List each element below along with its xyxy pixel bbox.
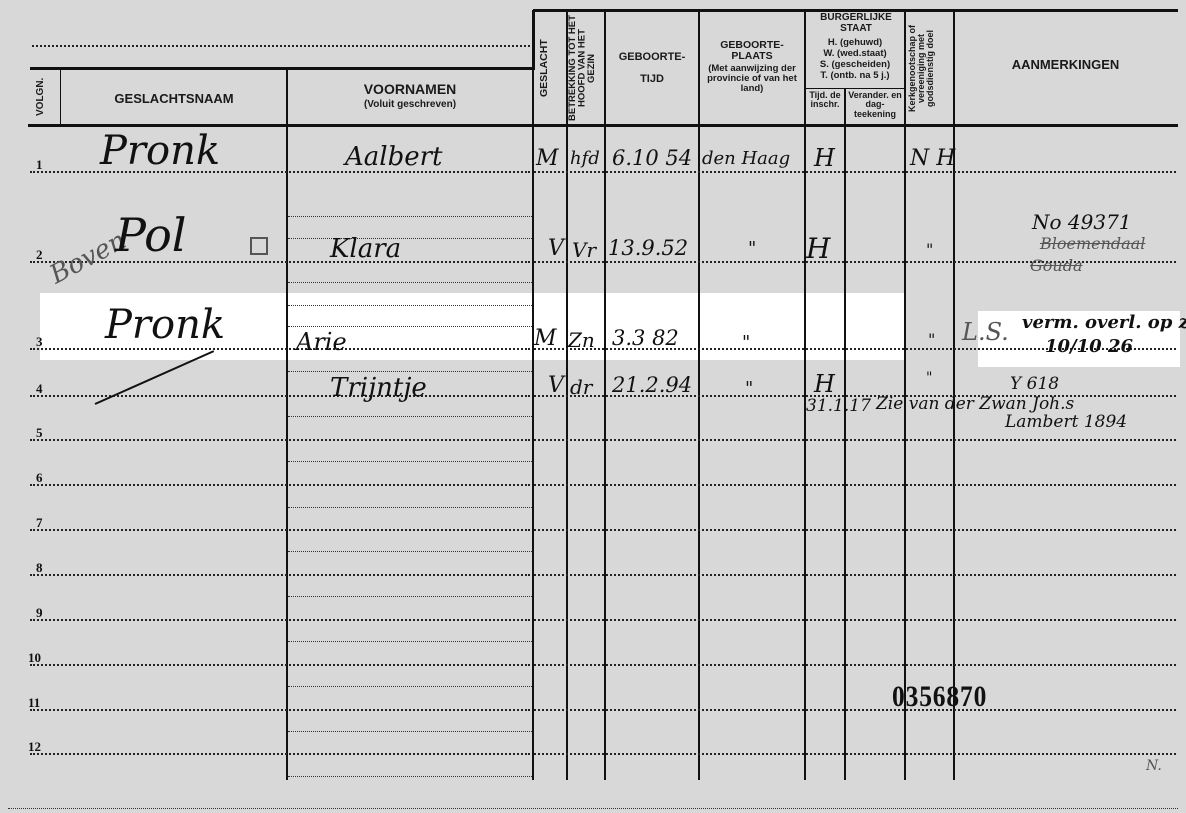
voornamen-subrule — [288, 507, 532, 508]
row-rule-left — [30, 439, 530, 441]
voornamen-subrule — [288, 461, 532, 462]
header-burgerlijke-staat: BURGERLIJKE STAAT — [808, 13, 904, 34]
voornamen-subrule — [288, 731, 532, 732]
header-voornamen: VOORNAMEN — [288, 82, 532, 97]
row-2-betrekking: Vr — [572, 238, 596, 262]
header-bs-tijd: Tijd. de inschr. — [806, 91, 844, 110]
row-1-kerkgenootschap: N H — [910, 146, 955, 171]
row-rule-right — [534, 709, 1176, 711]
col-border-geslachtsnaam — [286, 68, 288, 780]
row-1-geboortetijd: 6.10 54 — [612, 146, 692, 170]
row-2-geslacht: V — [548, 236, 564, 261]
row-3-stamp: L.S. — [962, 318, 1009, 346]
row-3-aanmerkingen-date: 10/10 26 — [1045, 336, 1133, 357]
corner-mark: N. — [1146, 758, 1162, 774]
header-bs-w: W. (wed.staat) — [806, 49, 904, 59]
row-rule-left — [30, 619, 530, 621]
row-2-geboortetijd: 13.9.52 — [608, 236, 688, 260]
row-rule-right — [534, 484, 1176, 486]
voornamen-subrule — [288, 776, 532, 777]
card-bottom-edge — [8, 808, 1178, 809]
col-border-volgn — [60, 68, 61, 126]
header-geboortetijd-2: TIJD — [606, 74, 698, 86]
bs-sub-rule — [805, 88, 905, 89]
family-registration-card: VOLGN. GESLACHTSNAAM VOORNAMEN (Voluit g… — [0, 0, 1186, 813]
voornamen-subrule — [288, 641, 532, 642]
row-2-kerkgenootschap: " — [926, 240, 933, 259]
row-rule-left — [30, 709, 530, 711]
row-1-voornamen: Aalbert — [345, 142, 443, 172]
row-rule-left — [30, 574, 530, 576]
voornamen-subrule — [288, 371, 532, 372]
row-rule-right — [534, 574, 1176, 576]
header-bs-s: S. (gescheiden) — [806, 60, 904, 70]
row-2-voornamen: Klara — [330, 234, 401, 264]
row-3-kerkgenootschap: " — [928, 330, 935, 349]
row-4-geslacht: V — [548, 373, 564, 398]
row-4-aanmerkingen-ref: Y 618 — [1010, 374, 1059, 394]
row-rule-left — [30, 395, 530, 397]
row-4-aanmerkingen: Zie van der Zwan Joh.s — [876, 394, 1074, 414]
row-3-aanmerkingen: verm. overl. op zee — [1022, 312, 1186, 333]
row-rule-left — [30, 529, 530, 531]
row-1-betrekking: hfd — [570, 148, 600, 169]
row-4-betrekking: dr — [570, 375, 592, 399]
row-2-geslachtsnaam: Pol — [115, 208, 187, 262]
header-geslacht: GESLACHT — [539, 18, 561, 118]
row-3-betrekking: Zn — [568, 328, 595, 352]
row-rule-right — [534, 619, 1176, 621]
row-3-geslachtsnaam: Pronk — [105, 302, 225, 348]
row-3-geboorteplaats: " — [742, 332, 750, 353]
row-rule-left — [30, 484, 530, 486]
row-rule-right — [534, 529, 1176, 531]
row-2-aanmerkingen-struck-1: Bloemendaal — [1040, 234, 1145, 253]
header-top-left-rule — [30, 67, 535, 70]
header-geboortetijd-1: GEBOORTE- — [606, 52, 698, 64]
header-geboorteplaats-sub: (Met aanwijzing der provincie of van het… — [706, 64, 798, 94]
row-4-geboorteplaats: " — [745, 378, 753, 399]
row-2-geboorteplaats: " — [748, 238, 756, 259]
row-1-geslachtsnaam: Pronk — [100, 128, 220, 174]
row-rule-left — [30, 753, 530, 755]
stamp-square-icon — [250, 237, 268, 255]
row-1-burgerlijke-staat: H — [814, 144, 835, 172]
row-rule-right — [534, 439, 1176, 441]
voornamen-subrule — [288, 326, 532, 327]
voornamen-subrule — [288, 596, 532, 597]
row-rule-right — [534, 171, 1176, 173]
header-aanmerkingen: AANMERKINGEN — [955, 58, 1176, 72]
row-4-burgerlijke-staat: H — [814, 370, 835, 398]
row-2-burgerlijke-staat: H — [806, 232, 830, 265]
header-volgn: VOLGN. — [36, 72, 54, 122]
header-geslachtsnaam: GESLACHTSNAAM — [62, 92, 286, 106]
row-4-aanmerkingen-name: Lambert 1894 — [1005, 412, 1127, 432]
row-3-geboortetijd: 3.3 82 — [612, 326, 679, 350]
row-1-geslacht: M — [536, 146, 559, 171]
top-dotted-line — [32, 45, 530, 47]
row-rule-right — [534, 664, 1176, 666]
header-geboorteplaats-2: PLAATS — [700, 51, 804, 62]
header-bs-verander: Verander. en dag- teekening — [846, 91, 904, 119]
row-3-voornamen: Arie — [296, 328, 347, 356]
voornamen-subrule — [288, 282, 532, 283]
header-bs-t: T. (ontb. na 5 j.) — [806, 71, 904, 81]
voornamen-subrule — [288, 686, 532, 687]
header-bs-h: H. (gehuwd) — [806, 38, 904, 48]
voornamen-subrule — [288, 216, 532, 217]
row-2-aanmerkingen-struck-2: Gouda — [1030, 256, 1083, 275]
row-rule-left — [30, 348, 530, 350]
col-border-tijd — [844, 88, 846, 780]
card-number: 0356870 — [892, 680, 987, 714]
voornamen-subrule — [288, 238, 532, 239]
row-4-kerkgenootschap: " — [926, 370, 932, 386]
row-4-geboortetijd: 21.2.94 — [612, 373, 692, 397]
row-1-geboorteplaats: den Haag — [702, 148, 790, 169]
row-4-verander: 31.1.17 — [806, 396, 871, 416]
voornamen-subrule — [288, 305, 532, 306]
header-bottom-rule — [28, 124, 1178, 127]
header-kerkgenootschap: Kerkgenootschap of vereeniging met godsd… — [908, 14, 952, 122]
row-3-geslacht: M — [534, 326, 557, 351]
row-4-voornamen: Trijntje — [330, 373, 427, 403]
row-rule-right — [534, 753, 1176, 755]
row-2-aanmerkingen: No 49371 — [1032, 210, 1132, 234]
header-voornamen-sub: (Voluit geschreven) — [288, 100, 532, 111]
row-rule-left — [30, 664, 530, 666]
header-betrekking: BETREKKING TOT HET HOOFD VAN HET GEZIN — [568, 14, 604, 122]
voornamen-subrule — [288, 416, 532, 417]
voornamen-subrule — [288, 551, 532, 552]
